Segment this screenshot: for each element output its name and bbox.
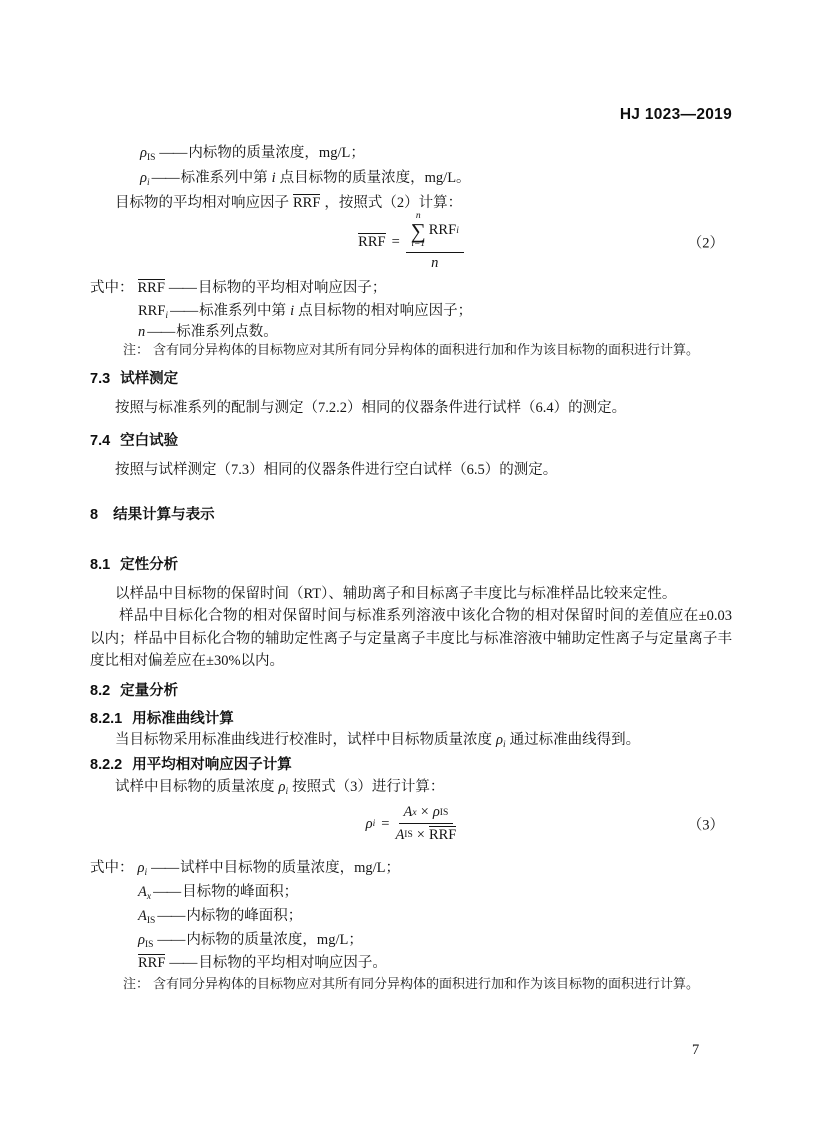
symbol-rrf-mean: RRF: [429, 826, 456, 843]
variable-i: i: [290, 303, 294, 319]
symbol-rho-is: ρ: [138, 932, 145, 948]
where2-line-rrf: 式中：RRF——目标物的平均相对响应因子；: [90, 278, 386, 298]
definition-dash: ——: [169, 280, 196, 296]
lead-sentence-formula2: 目标物的平均相对响应因子RRF，按照式（2）计算：: [115, 193, 462, 213]
formula2-rrf-term-sub: i: [456, 226, 459, 236]
sum-lower-limit: i=1: [411, 240, 425, 250]
definition-dash: ——: [159, 145, 186, 161]
definition-text: 内标物的峰面积；: [186, 908, 302, 924]
symbol-rho-i-sub: i: [144, 868, 147, 878]
definition-rho-i: ρi——标准系列中第i点目标物的质量浓度，mg/L。: [140, 168, 471, 193]
paragraph-text: 样品中目标化合物的相对保留时间与标准系列溶液中该化合物的相对保留时间的差值应在±…: [90, 608, 732, 669]
symbol-rho-i-sub: i: [285, 787, 288, 797]
definition-text: 内标物的质量浓度，mg/L；: [188, 145, 364, 161]
lead-text-post: ，按照式（2）计算：: [324, 195, 462, 211]
section-title: 空白试验: [120, 433, 178, 449]
sigma-icon: ∑: [411, 222, 426, 241]
where3-line-ais: AIS——内标物的峰面积；: [138, 906, 302, 931]
formula3-lhs-rho-sub: i: [373, 819, 376, 829]
standard-code: HJ 1023—2019: [620, 106, 732, 123]
paragraph-8-2-1: 当目标物采用标准曲线进行校准时，试样中目标物质量浓度ρi通过标准曲线得到。: [115, 730, 640, 755]
formula3-numerator: Ax × ρIS: [399, 804, 454, 824]
heading-7-3: 7.3试样测定: [90, 367, 178, 388]
times-sign: ×: [421, 804, 429, 821]
note-text: 含有同分异构体的目标物应对其所有同分异构体的面积进行加和作为该目标物的面积进行计…: [153, 976, 699, 991]
paragraph-text: 按照与试样测定（7.3）相同的仪器条件进行空白试样（6.5）的测定。: [115, 462, 557, 478]
definition-dash: ——: [152, 170, 179, 186]
formula2-lhs-rrf-mean: RRF: [358, 233, 385, 250]
symbol-rho-is: ρ: [140, 145, 147, 161]
note-label: 注：: [123, 976, 149, 991]
symbol-rrf-mean: RRF: [138, 954, 165, 971]
rrf-mean-symbol: RRF: [293, 194, 320, 211]
formula2-fraction: n ∑ i=1 RRFi n: [406, 212, 464, 272]
symbol-ais-sub: IS: [404, 830, 412, 840]
paragraph-text-post: 按照式（3）进行计算：: [292, 779, 444, 795]
where2-line-n: n——标准系列点数。: [138, 322, 278, 342]
times-sign: ×: [417, 827, 425, 844]
definition-dash: ——: [157, 932, 184, 948]
page-number-value: 7: [692, 1042, 699, 1058]
symbol-rrf-i: RRF: [138, 303, 165, 319]
section-number: 8: [90, 507, 98, 523]
where3-line-rrf: RRF——目标物的平均相对响应因子。: [138, 953, 387, 973]
symbol-rrf-mean: RRF: [138, 279, 165, 296]
definition-text: 试样中目标物的质量浓度，mg/L；: [180, 860, 400, 876]
section-title: 结果计算与表示: [113, 507, 215, 523]
paragraph-text-pre: 试样中目标物的质量浓度: [115, 779, 275, 795]
section-number: 7.3: [90, 371, 110, 387]
formula-3-number: （3）: [688, 814, 724, 835]
formula2-rrf-term: RRF: [429, 222, 456, 239]
heading-8-1: 8.1定性分析: [90, 553, 178, 574]
section-title: 定量分析: [120, 683, 178, 699]
definition-dash: ——: [157, 908, 184, 924]
formula-2: RRF = n ∑ i=1 RRFi n: [90, 211, 732, 273]
definition-text: 目标物的平均相对响应因子；: [198, 280, 387, 296]
equals-sign: =: [392, 234, 400, 251]
symbol-rho-is-sub: IS: [147, 153, 155, 163]
document-page: HJ 1023—2019 ρIS——内标物的质量浓度，mg/L； ρi——标准系…: [0, 0, 816, 1145]
symbol-ax: A: [138, 884, 147, 900]
paragraph-8-1-b: 样品中目标化合物的相对保留时间与标准系列溶液中该化合物的相对保留时间的差值应在±…: [90, 605, 732, 673]
definition-text: 内标物的质量浓度，mg/L；: [186, 932, 362, 948]
section-number: 8.2.2: [90, 757, 122, 773]
symbol-ax-sub: x: [147, 892, 151, 902]
definition-text-post: 点目标物的质量浓度，mg/L。: [280, 170, 471, 186]
definition-text: 目标物的平均相对响应因子。: [198, 955, 387, 971]
section-title: 用标准曲线计算: [132, 711, 234, 727]
definition-rho-is: ρIS——内标物的质量浓度，mg/L；: [140, 143, 365, 168]
lead-text-pre: 目标物的平均相对响应因子: [115, 195, 289, 211]
definition-text-pre: 标准系列中第: [181, 170, 268, 186]
symbol-rho-i-sub: i: [147, 178, 150, 188]
note-text: 含有同分异构体的目标物应对其所有同分异构体的面积进行加和作为该目标物的面积进行计…: [153, 342, 699, 357]
symbol-rho-i: ρ: [496, 732, 503, 748]
heading-8-2: 8.2定量分析: [90, 679, 178, 700]
heading-8-2-2: 8.2.2用平均相对响应因子计算: [90, 753, 292, 774]
formula3-lhs-rho: ρ: [366, 816, 373, 833]
symbol-ax-sub: x: [412, 808, 416, 818]
paragraph-7-4: 按照与试样测定（7.3）相同的仪器条件进行空白试样（6.5）的测定。: [115, 460, 557, 480]
symbol-rho-i-sub: i: [503, 740, 506, 750]
section-title: 试样测定: [120, 371, 178, 387]
definition-text-pre: 标准系列中第: [199, 303, 286, 319]
section-number: 8.2.1: [90, 711, 122, 727]
equals-sign: =: [381, 816, 389, 833]
formula-2-block: RRF = n ∑ i=1 RRFi n （2）: [90, 211, 732, 273]
formula3-denominator: AIS × RRF: [395, 824, 456, 843]
definition-dash: ——: [147, 324, 174, 340]
paragraph-text-pre: 当目标物采用标准曲线进行校准时，试样中目标物质量浓度: [115, 732, 492, 748]
variable-i: i: [272, 170, 276, 186]
symbol-rho-is-sub: IS: [145, 940, 153, 950]
definition-text: 标准系列点数。: [176, 324, 278, 340]
formula-3: ρi = Ax × ρIS AIS × RRF: [90, 798, 732, 850]
note-label: 注：: [123, 342, 149, 357]
symbol-rrf-i-sub: i: [165, 311, 168, 321]
where3-line-ax: Ax——目标物的峰面积；: [138, 882, 298, 907]
heading-8-2-1: 8.2.1用标准曲线计算: [90, 707, 234, 728]
where-prefix: 式中：: [90, 280, 134, 296]
formula-3-block: ρi = Ax × ρIS AIS × RRF （3）: [90, 798, 732, 850]
summation-symbol: n ∑ i=1: [411, 212, 426, 250]
page-content: HJ 1023—2019 ρIS——内标物的质量浓度，mg/L； ρi——标准系…: [90, 0, 732, 1145]
paragraph-text: 以样品中目标物的保留时间（RT）、辅助离子和目标离子丰度比与标准样品比较来定性。: [115, 586, 676, 602]
paragraph-7-3: 按照与标准系列的配制与测定（7.2.2）相同的仪器条件进行试样（6.4）的测定。: [115, 398, 626, 418]
heading-8: 8结果计算与表示: [90, 503, 215, 524]
section-number: 8.1: [90, 557, 110, 573]
definition-dash: ——: [170, 303, 197, 319]
page-number: 7: [692, 1042, 699, 1059]
section-number: 7.4: [90, 433, 110, 449]
heading-7-4: 7.4空白试验: [90, 429, 178, 450]
section-title: 用平均相对响应因子计算: [132, 757, 292, 773]
definition-text: 目标物的峰面积；: [182, 884, 298, 900]
definition-dash: ——: [169, 955, 196, 971]
where3-line-rho-is: ρIS——内标物的质量浓度，mg/L；: [138, 930, 363, 955]
formula2-note: 注：含有同分异构体的目标物应对其所有同分异构体的面积进行加和作为该目标物的面积进…: [123, 341, 699, 358]
formula2-denominator: n: [431, 253, 438, 272]
formula3-fraction: Ax × ρIS AIS × RRF: [395, 804, 456, 843]
section-title: 定性分析: [120, 557, 178, 573]
symbol-n: n: [138, 324, 145, 340]
paragraph-text: 按照与标准系列的配制与测定（7.2.2）相同的仪器条件进行试样（6.4）的测定。: [115, 400, 626, 416]
definition-dash: ——: [153, 884, 180, 900]
symbol-rho-is-sub: IS: [440, 808, 448, 818]
symbol-rho-is: ρ: [433, 804, 440, 821]
formula-2-number: （2）: [688, 232, 724, 253]
formula2-numerator: n ∑ i=1 RRFi: [406, 212, 464, 253]
formula3-note: 注：含有同分异构体的目标物应对其所有同分异构体的面积进行加和作为该目标物的面积进…: [123, 975, 699, 992]
page-header: HJ 1023—2019: [90, 106, 732, 124]
where-prefix: 式中：: [90, 860, 134, 876]
paragraph-8-1-a: 以样品中目标物的保留时间（RT）、辅助离子和目标离子丰度比与标准样品比较来定性。: [115, 584, 676, 604]
symbol-ais: A: [395, 827, 404, 844]
where3-line-rho-i: 式中：ρi——试样中目标物的质量浓度，mg/L；: [90, 858, 400, 883]
paragraph-text-post: 通过标准曲线得到。: [510, 732, 641, 748]
symbol-ais: A: [138, 908, 147, 924]
definition-text-post: 点目标物的相对响应因子；: [298, 303, 472, 319]
symbol-ais-sub: IS: [147, 916, 155, 926]
symbol-rho-i: ρ: [140, 170, 147, 186]
definition-dash: ——: [151, 860, 178, 876]
section-number: 8.2: [90, 683, 110, 699]
